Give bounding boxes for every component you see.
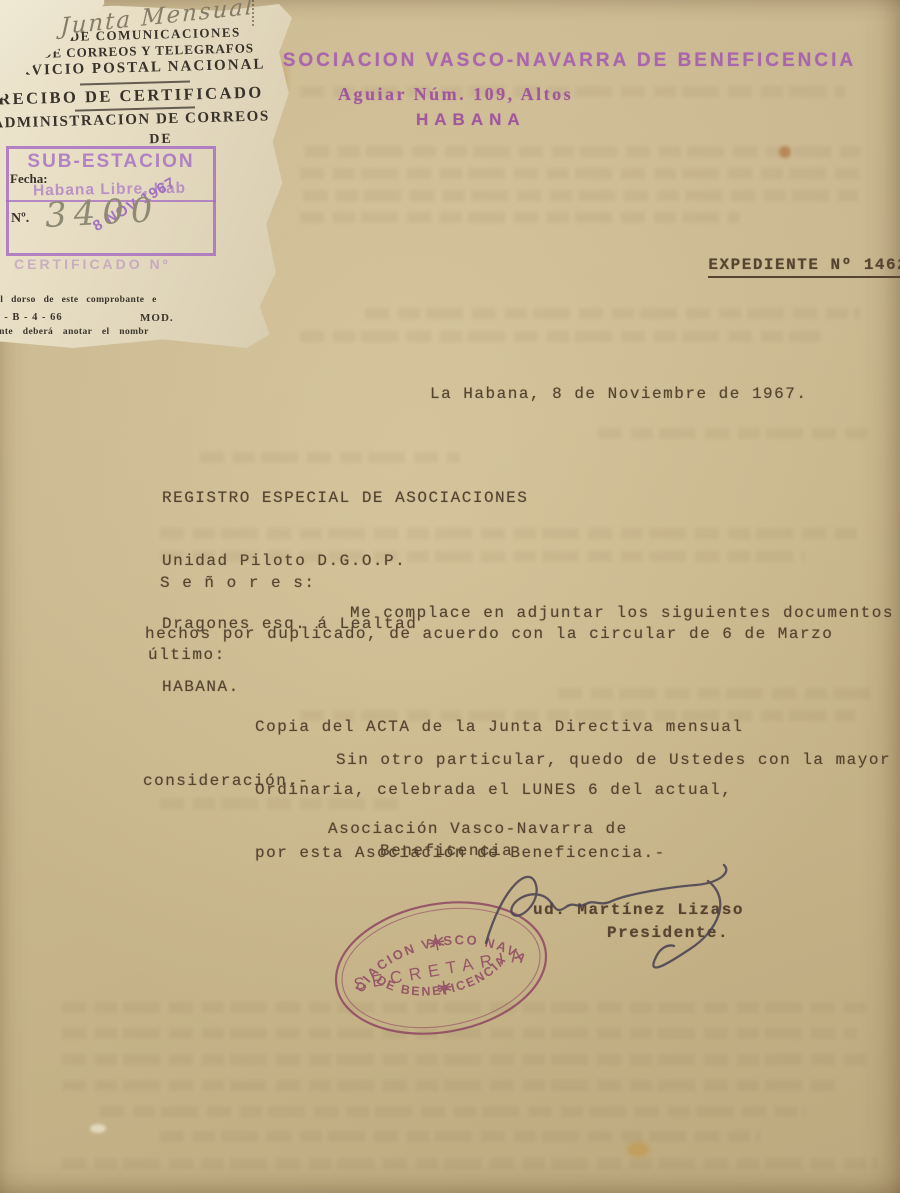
sub-estacion-stamp: SUB-ESTACION [9, 151, 213, 173]
scanned-letter-page: ASOCIACION VASCO-NAVARRA DE BENEFICENCIA… [0, 0, 900, 1193]
date-line: La Habana, 8 de Noviembre de 1967. [430, 385, 807, 403]
bleedthrough-line [305, 146, 860, 157]
signature [470, 845, 780, 990]
body-paragraph-2-line: Copia del ACTA de la Junta Directiva men… [255, 717, 743, 738]
bleedthrough-line [160, 1131, 760, 1142]
bleedthrough-line [62, 1158, 877, 1169]
bleedthrough-line [598, 428, 870, 439]
form-code: 7 500 - B - 4 - 66 [0, 312, 63, 323]
salutation: S e ñ o r e s: [160, 574, 315, 592]
stain [779, 146, 791, 158]
fine-print-line: destinatario y su dirección. [0, 358, 250, 369]
bleedthrough-line [303, 190, 858, 201]
closing-org-line: Asociación Vasco-Navarra de [328, 820, 628, 838]
certificate-number-handwritten: 3400 [44, 190, 160, 236]
stain [627, 1142, 649, 1157]
body-paragraph-3-line: Sin otro particular, quedo de Ustedes co… [336, 751, 891, 769]
bleedthrough-line [300, 212, 740, 223]
letterhead-org: ASOCIACION VASCO-NAVARRA DE BENEFICENCIA [266, 50, 856, 72]
bleedthrough-line [300, 168, 860, 179]
expediente-text: EXPEDIENTE Nº 1462 [708, 256, 900, 278]
letterhead-address: Aguiar Núm. 109, Altos [338, 84, 573, 105]
receipt-title: RECIBO DE CERTIFICADO [0, 82, 292, 110]
expediente-number: EXPEDIENTE Nº 1462 [664, 238, 900, 292]
body-paragraph-1-line: último: [148, 646, 226, 664]
body-paragraph-3-line: consideración.- [143, 772, 310, 790]
stain [90, 1124, 106, 1133]
receipt-fine-print: Al dorso de este comprobante e ponente d… [0, 274, 250, 390]
bleedthrough-line [300, 331, 820, 342]
body-paragraph-2-line: Ordinaria, celebrada el LUNES 6 del actu… [255, 780, 743, 801]
mod-label: MOD. [140, 312, 174, 324]
body-paragraph-1-line: hechos por duplicado, de acuerdo con la … [145, 625, 833, 643]
fine-print-line: Al dorso de este comprobante e [0, 295, 250, 306]
bleedthrough-line [62, 1054, 867, 1065]
bleedthrough-line [365, 308, 860, 319]
numero-label: Nº. [11, 211, 29, 227]
fine-print-line: ponente deberá anotar el nombr [0, 327, 250, 338]
sub-estacion-stamp-box: SUB-ESTACION Fecha: Habana Libre, Hab Nº… [6, 146, 216, 256]
bleedthrough-line [62, 1080, 837, 1091]
body-paragraph-1-line: Me complace en adjuntar los siguientes d… [350, 604, 894, 622]
recipient-line: Unidad Piloto D.G.O.P. [162, 551, 528, 572]
letterhead-city: HABANA [416, 110, 526, 130]
certificado-stamp: CERTIFICADO Nº [14, 256, 171, 272]
bleedthrough-line [100, 1106, 805, 1117]
recipient-line: REGISTRO ESPECIAL DE ASOCIACIONES [162, 488, 528, 509]
